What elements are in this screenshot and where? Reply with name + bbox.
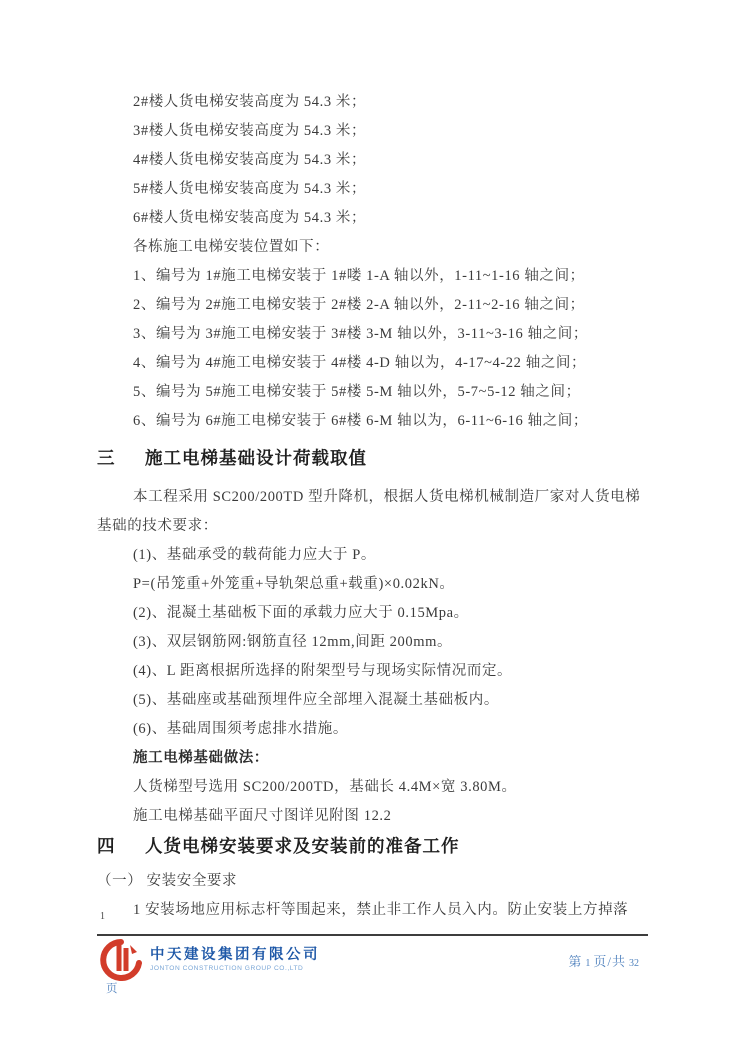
page-number-mid: 页/共	[593, 954, 626, 969]
doc-line: 各栋施工电梯安装位置如下：	[97, 233, 648, 262]
basis-line: 施工电梯基础平面尺寸图详见附图 12.2	[97, 802, 648, 831]
footnote-marker: 1	[100, 911, 105, 922]
section-3-title: 施工电梯基础设计荷载取值	[145, 443, 367, 473]
requirement-item: (5)、基础座或基础预埋件应全部埋入混凝土基础板内。	[97, 686, 648, 715]
company-block: 中天建设集团有限公司 JONTON CONSTRUCTION GROUP CO.…	[150, 947, 320, 973]
section-3-heading: 三 施工电梯基础设计荷载取值	[97, 443, 648, 473]
zhongtian-construction-logo-icon	[99, 939, 147, 981]
doc-line: 2#楼人货电梯安装高度为 54.3 米；	[97, 88, 648, 117]
page-number-wrap-suffix: 页	[106, 980, 118, 996]
basis-subheading: 施工电梯基础做法：	[97, 744, 648, 773]
company-name-en: JONTON CONSTRUCTION GROUP CO.,LTD	[150, 965, 320, 973]
paragraph-line: 1 安装场地应用标志杆等围起来，禁止非工作人员入内。防止安装上方掉落	[97, 896, 648, 925]
list-item: 2、编号为 2#施工电梯安装于 2#楼 2-A 轴以外，2-11~2-16 轴之…	[97, 291, 648, 320]
basis-line: 人货梯型号选用 SC200/200TD，基础长 4.4M×宽 3.80M。	[97, 773, 648, 802]
page-number: 第1页/共32	[568, 951, 642, 970]
subsection-heading: （一） 安装安全要求	[97, 867, 648, 896]
list-item: 6、编号为 6#施工电梯安装于 6#楼 6-M 轴以为，6-11~6-16 轴之…	[97, 407, 648, 436]
list-item: 4、编号为 4#施工电梯安装于 4#楼 4-D 轴以为，4-17~4-22 轴之…	[97, 349, 648, 378]
doc-line: 3#楼人货电梯安装高度为 54.3 米；	[97, 117, 648, 146]
company-name: 中天建设集团有限公司	[150, 947, 320, 964]
doc-line: 6#楼人货电梯安装高度为 54.3 米；	[97, 204, 648, 233]
page-number-current: 1	[585, 958, 590, 969]
section-3-number: 三	[97, 443, 145, 473]
section-4-number: 四	[97, 831, 145, 861]
requirement-item: (2)、混凝土基础板下面的承载力应大于 0.15Mpa。	[97, 599, 648, 628]
requirement-item: (4)、L 距离根据所选择的附架型号与现场实际情况而定。	[97, 657, 648, 686]
doc-line: 5#楼人货电梯安装高度为 54.3 米；	[97, 175, 648, 204]
paragraph-line: 基础的技术要求：	[97, 512, 648, 541]
footer-divider	[97, 934, 648, 936]
document-canvas: { "content": { "height_lines": [ "2#楼人货电…	[0, 0, 744, 1052]
list-item: 1、编号为 1#施工电梯安装于 1#喽 1-A 轴以外，1-11~1-16 轴之…	[97, 262, 648, 291]
list-item: 5、编号为 5#施工电梯安装于 5#楼 5-M 轴以外，5-7~5-12 轴之间…	[97, 378, 648, 407]
requirement-item: (6)、基础周围须考虑排水措施。	[97, 715, 648, 744]
list-item: 3、编号为 3#施工电梯安装于 3#楼 3-M 轴以外，3-11~3-16 轴之…	[97, 320, 648, 349]
formula-line: P=(吊笼重+外笼重+导轨架总重+载重)×0.02kN。	[97, 570, 648, 599]
requirement-item: (1)、基础承受的载荷能力应大于 P。	[97, 541, 648, 570]
requirement-item: (3)、双层钢筋网:钢筋直径 12mm,间距 200mm。	[97, 628, 648, 657]
section-4-title: 人货电梯安装要求及安装前的准备工作	[145, 831, 460, 861]
document-page: 2#楼人货电梯安装高度为 54.3 米； 3#楼人货电梯安装高度为 54.3 米…	[0, 0, 744, 1052]
doc-line: 4#楼人货电梯安装高度为 54.3 米；	[97, 146, 648, 175]
section-4-heading: 四 人货电梯安装要求及安装前的准备工作	[97, 831, 648, 861]
page-number-total: 32	[629, 958, 639, 969]
page-number-prefix: 第	[568, 954, 582, 969]
paragraph-line: 本工程采用 SC200/200TD 型升降机，根据人货电梯机械制造厂家对人货电梯	[97, 483, 648, 512]
